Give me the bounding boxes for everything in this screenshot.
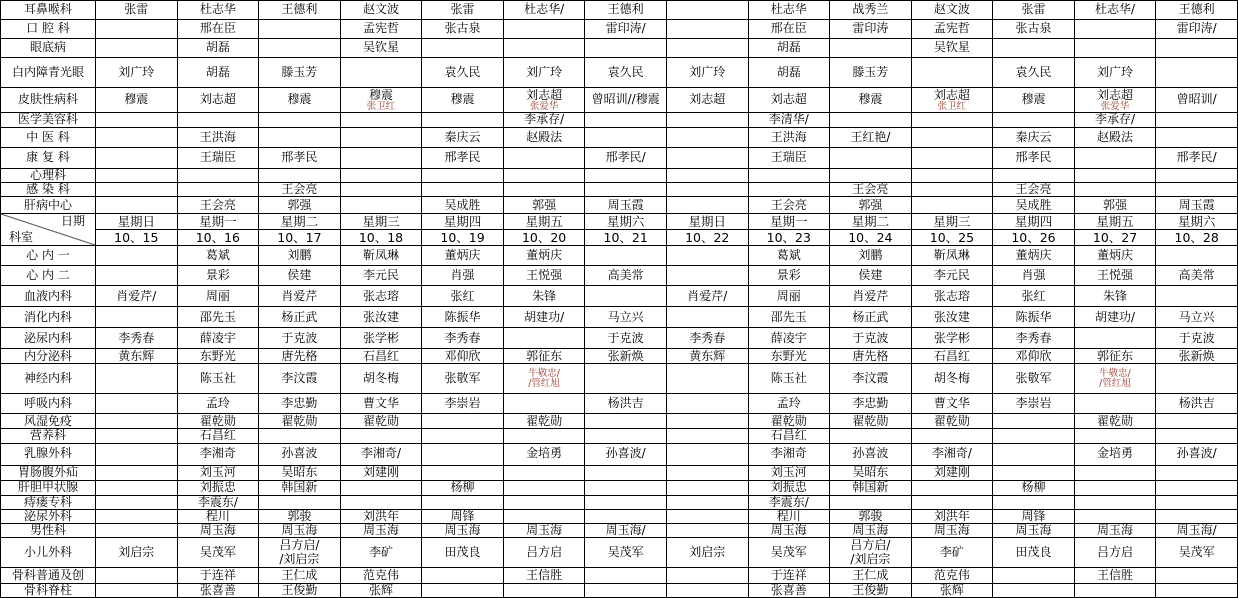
schedule-cell bbox=[340, 58, 422, 88]
schedule-cell: 郭强 bbox=[1074, 197, 1156, 214]
table-row: 耳鼻喉科张雷杜志华王德利赵文波张雷杜志华/王德利杜志华战秀兰赵文波张雷杜志华/王… bbox=[1, 1, 1238, 20]
schedule-cell: 于克波 bbox=[1156, 328, 1238, 349]
schedule-cell: 张辉 bbox=[340, 584, 422, 598]
schedule-cell bbox=[1074, 429, 1156, 443]
schedule-cell bbox=[177, 183, 259, 197]
schedule-cell: 李秀春 bbox=[96, 328, 178, 349]
schedule-cell: 孙喜波/ bbox=[1156, 443, 1238, 465]
table-row: 营养科石昌红石昌红 bbox=[1, 429, 1238, 443]
schedule-cell: 胡磊 bbox=[177, 39, 259, 58]
schedule-cell bbox=[911, 58, 993, 88]
schedule-cell: 张辉 bbox=[911, 584, 993, 598]
schedule-cell: 周丽 bbox=[177, 286, 259, 307]
schedule-cell: 石昌红 bbox=[911, 349, 993, 364]
schedule-cell: 程川 bbox=[748, 509, 830, 523]
schedule-cell bbox=[503, 509, 585, 523]
schedule-cell: 孙喜波 bbox=[830, 443, 912, 465]
table-row: 骨科普通及创于连祥王仁成范克伟王信胜于连祥王仁成范克伟王信胜 bbox=[1, 568, 1238, 584]
schedule-cell bbox=[96, 128, 178, 148]
schedule-cell bbox=[911, 480, 993, 495]
schedule-cell bbox=[1074, 328, 1156, 349]
schedule-cell bbox=[96, 443, 178, 465]
schedule-cell: 翟乾勋 bbox=[503, 414, 585, 429]
schedule-cell bbox=[503, 394, 585, 414]
schedule-cell: 王会亮 bbox=[259, 183, 341, 197]
schedule-cell: 张古泉 bbox=[993, 20, 1075, 39]
schedule-cell bbox=[585, 246, 667, 266]
schedule-cell: 李承存/ bbox=[503, 113, 585, 128]
schedule-cell bbox=[1156, 246, 1238, 266]
table-row: 肝病中心王会亮郭强吴成胜郭强周玉霞王会亮郭强吴成胜郭强周玉霞 bbox=[1, 197, 1238, 214]
schedule-cell bbox=[666, 183, 748, 197]
schedule-cell bbox=[1074, 495, 1156, 509]
schedule-cell: 战秀兰 bbox=[830, 1, 912, 20]
schedule-cell bbox=[96, 584, 178, 598]
schedule-cell: 薛凌宇 bbox=[748, 328, 830, 349]
schedule-cell: 周锋 bbox=[422, 509, 504, 523]
schedule-cell: 薛凌宇 bbox=[177, 328, 259, 349]
schedule-cell: 周玉海 bbox=[748, 523, 830, 537]
schedule-cell bbox=[1156, 286, 1238, 307]
corner-cell: 日期科室 bbox=[1, 214, 96, 246]
schedule-cell: 邵先玉 bbox=[177, 307, 259, 328]
schedule-cell bbox=[259, 39, 341, 58]
schedule-cell: 杜志华/ bbox=[503, 1, 585, 20]
schedule-cell: 吕方启//刘启宗 bbox=[830, 538, 912, 568]
schedule-cell: 吴钦星 bbox=[340, 39, 422, 58]
dept-cell: 营养科 bbox=[1, 429, 96, 443]
table-row: 风湿免疫翟乾勋翟乾勋翟乾勋翟乾勋翟乾勋翟乾勋翟乾勋翟乾勋 bbox=[1, 414, 1238, 429]
schedule-cell bbox=[259, 169, 341, 183]
schedule-cell: 袁久民 bbox=[585, 58, 667, 88]
schedule-cell: 王俊勤 bbox=[830, 584, 912, 598]
schedule-cell: 周玉海 bbox=[830, 523, 912, 537]
cell-line: 张卫红 bbox=[912, 102, 993, 112]
cell-line: 吕方启/ bbox=[259, 539, 340, 552]
schedule-cell: 杨柳 bbox=[993, 480, 1075, 495]
schedule-cell: 吴钦星 bbox=[911, 39, 993, 58]
table-row: 胃肠腹外疝刘玉河吴昭东刘建刚刘玉河吴昭东刘建刚 bbox=[1, 465, 1238, 480]
dept-cell: 肝胆甲状腺 bbox=[1, 480, 96, 495]
dept-cell: 泌尿内科 bbox=[1, 328, 96, 349]
schedule-cell bbox=[422, 183, 504, 197]
schedule-cell: 景彩 bbox=[748, 266, 830, 286]
schedule-cell: 胡冬梅 bbox=[340, 364, 422, 394]
schedule-cell: 牛敬忠//管红旭 bbox=[1074, 364, 1156, 394]
schedule-cell: 马立兴 bbox=[585, 307, 667, 328]
schedule-cell: 肖爱芹 bbox=[830, 286, 912, 307]
schedule-cell: 石昌红 bbox=[748, 429, 830, 443]
dept-cell: 白内障青光眼 bbox=[1, 58, 96, 88]
schedule-cell: 刘广玲 bbox=[503, 58, 585, 88]
schedule-cell: 赵殿法 bbox=[503, 128, 585, 148]
schedule-cell bbox=[666, 128, 748, 148]
schedule-cell: 陈玉社 bbox=[748, 364, 830, 394]
weekday-header-cell: 星期三 bbox=[340, 214, 422, 230]
date-header-cell: 10、22 bbox=[666, 230, 748, 246]
table-row: 康 复 科王瑞臣邢孝民邢孝民邢孝民/王瑞臣邢孝民邢孝民/ bbox=[1, 148, 1238, 169]
table-row: 肝胆甲状腺刘振忠韩国新杨柳刘振忠韩国新杨柳 bbox=[1, 480, 1238, 495]
schedule-cell bbox=[585, 39, 667, 58]
schedule-cell bbox=[422, 495, 504, 509]
table-row: 男性科周玉海周玉海周玉海周玉海周玉海周玉海/周玉海周玉海周玉海周玉海周玉海周玉海… bbox=[1, 523, 1238, 537]
schedule-cell bbox=[666, 20, 748, 39]
schedule-cell: 侯建 bbox=[259, 266, 341, 286]
dept-cell: 眼底病 bbox=[1, 39, 96, 58]
schedule-cell bbox=[96, 394, 178, 414]
schedule-cell bbox=[666, 197, 748, 214]
dept-cell: 痔瘘专科 bbox=[1, 495, 96, 509]
weekday-header-cell: 星期日 bbox=[666, 214, 748, 230]
schedule-cell: 张红 bbox=[993, 286, 1075, 307]
table-row: 神经内科陈玉社李汶霞胡冬梅张敬军牛敬忠//管红旭陈玉社李汶霞胡冬梅张敬军牛敬忠/… bbox=[1, 364, 1238, 394]
schedule-table-body: 耳鼻喉科张雷杜志华王德利赵文波张雷杜志华/王德利杜志华战秀兰赵文波张雷杜志华/王… bbox=[1, 1, 1238, 598]
schedule-cell: 周玉海 bbox=[340, 523, 422, 537]
schedule-cell bbox=[585, 465, 667, 480]
dept-cell: 男性科 bbox=[1, 523, 96, 537]
schedule-cell bbox=[1074, 465, 1156, 480]
schedule-cell: 孟玲 bbox=[748, 394, 830, 414]
dept-cell: 康 复 科 bbox=[1, 148, 96, 169]
schedule-cell bbox=[96, 509, 178, 523]
schedule-cell: 胡磊 bbox=[748, 39, 830, 58]
date-header-cell: 10、27 bbox=[1074, 230, 1156, 246]
schedule-cell: 邓仰欣 bbox=[422, 349, 504, 364]
schedule-cell: 郭骏 bbox=[259, 509, 341, 523]
schedule-cell: 秦庆云 bbox=[422, 128, 504, 148]
schedule-cell bbox=[993, 443, 1075, 465]
schedule-cell: 穆震 bbox=[830, 88, 912, 113]
schedule-cell: 黄东辉 bbox=[96, 349, 178, 364]
schedule-cell: 陈振华 bbox=[422, 307, 504, 328]
schedule-cell: 张雷 bbox=[993, 1, 1075, 20]
schedule-cell: 周玉海 bbox=[259, 523, 341, 537]
schedule-cell: 葛斌 bbox=[177, 246, 259, 266]
schedule-cell: 王悦强 bbox=[503, 266, 585, 286]
weekday-header-cell: 星期六 bbox=[1156, 214, 1238, 230]
schedule-cell: 程川 bbox=[177, 509, 259, 523]
schedule-cell: 李矿 bbox=[911, 538, 993, 568]
schedule-cell: 石昌红 bbox=[340, 349, 422, 364]
schedule-cell: 孟宪哲 bbox=[911, 20, 993, 39]
schedule-cell bbox=[340, 197, 422, 214]
schedule-cell: 邢在臣 bbox=[748, 20, 830, 39]
schedule-cell: 肖强 bbox=[993, 266, 1075, 286]
schedule-cell bbox=[422, 429, 504, 443]
schedule-cell: 范克伟 bbox=[340, 568, 422, 584]
schedule-cell: 杨柳 bbox=[422, 480, 504, 495]
schedule-cell: 王信胜 bbox=[1074, 568, 1156, 584]
schedule-cell: 周玉海 bbox=[993, 523, 1075, 537]
schedule-cell bbox=[1156, 169, 1238, 183]
schedule-cell bbox=[96, 113, 178, 128]
schedule-cell bbox=[96, 183, 178, 197]
dept-cell: 胃肠腹外疝 bbox=[1, 465, 96, 480]
schedule-cell: 王洪海 bbox=[177, 128, 259, 148]
schedule-cell: 郭征东 bbox=[1074, 349, 1156, 364]
schedule-cell: 杨洪吉 bbox=[1156, 394, 1238, 414]
schedule-cell: 王会亮 bbox=[177, 197, 259, 214]
schedule-cell: 周玉海 bbox=[1074, 523, 1156, 537]
schedule-cell: 董炳庆 bbox=[422, 246, 504, 266]
schedule-cell: 刘志超 bbox=[666, 88, 748, 113]
schedule-cell bbox=[422, 443, 504, 465]
schedule-cell: 张新焕 bbox=[1156, 349, 1238, 364]
schedule-cell: 赵文波 bbox=[911, 1, 993, 20]
schedule-cell: 王德利 bbox=[1156, 1, 1238, 20]
schedule-cell bbox=[503, 183, 585, 197]
schedule-cell: 张雷 bbox=[96, 1, 178, 20]
schedule-cell: 刘广玲 bbox=[666, 58, 748, 88]
schedule-cell: 景彩 bbox=[177, 266, 259, 286]
schedule-cell: 雷印涛/ bbox=[1156, 20, 1238, 39]
schedule-cell bbox=[503, 480, 585, 495]
schedule-cell bbox=[748, 183, 830, 197]
schedule-cell: 葛斌 bbox=[748, 246, 830, 266]
schedule-cell: 李湘奇 bbox=[748, 443, 830, 465]
schedule-cell: 袁久民 bbox=[993, 58, 1075, 88]
schedule-cell bbox=[993, 414, 1075, 429]
schedule-cell: 胡磊 bbox=[748, 58, 830, 88]
schedule-cell bbox=[96, 495, 178, 509]
schedule-cell bbox=[911, 495, 993, 509]
schedule-cell bbox=[96, 429, 178, 443]
schedule-cell: 于克波 bbox=[259, 328, 341, 349]
schedule-cell: 朱锋 bbox=[503, 286, 585, 307]
schedule-cell: 张新焕 bbox=[585, 349, 667, 364]
schedule-cell: 郭强 bbox=[830, 197, 912, 214]
cell-line: 刘志超 bbox=[912, 89, 993, 102]
schedule-cell bbox=[993, 169, 1075, 183]
schedule-cell: 曾昭训//穆震 bbox=[585, 88, 667, 113]
schedule-cell: 吴昭东 bbox=[830, 465, 912, 480]
schedule-cell: 肖爱芹/ bbox=[666, 286, 748, 307]
schedule-cell: 张喜善 bbox=[748, 584, 830, 598]
date-header-cell: 10、26 bbox=[993, 230, 1075, 246]
schedule-cell: 周玉海 bbox=[422, 523, 504, 537]
schedule-cell bbox=[96, 266, 178, 286]
schedule-cell bbox=[830, 169, 912, 183]
date-header-cell: 10、15 bbox=[96, 230, 178, 246]
schedule-cell: 穆震 bbox=[96, 88, 178, 113]
schedule-cell: 李元民 bbox=[911, 266, 993, 286]
schedule-cell: 石昌红 bbox=[177, 429, 259, 443]
table-row: 眼底病胡磊吴钦星胡磊吴钦星 bbox=[1, 39, 1238, 58]
schedule-cell bbox=[666, 39, 748, 58]
schedule-cell: 穆震张卫红 bbox=[340, 88, 422, 113]
schedule-cell: 王洪海 bbox=[748, 128, 830, 148]
schedule-cell bbox=[911, 183, 993, 197]
table-row: 呼吸内科孟玲李忠勤曹文华李崇岩杨洪吉孟玲李忠勤曹文华李崇岩杨洪吉 bbox=[1, 394, 1238, 414]
schedule-cell bbox=[340, 429, 422, 443]
schedule-cell: 刘鹏 bbox=[830, 246, 912, 266]
table-row: 皮肤性病科穆震刘志超穆震穆震张卫红穆震刘志超张爱华曾昭训//穆震刘志超刘志超穆震… bbox=[1, 88, 1238, 113]
header-week-row: 日期科室星期日星期一星期二星期三星期四星期五星期六星期日星期一星期二星期三星期四… bbox=[1, 214, 1238, 230]
schedule-cell: 周玉海/ bbox=[1156, 523, 1238, 537]
schedule-cell: 东野光 bbox=[177, 349, 259, 364]
schedule-cell bbox=[1074, 20, 1156, 39]
schedule-cell bbox=[1156, 58, 1238, 88]
schedule-cell: 张古泉 bbox=[422, 20, 504, 39]
schedule-cell: 张志瑢 bbox=[340, 286, 422, 307]
schedule-cell: 李震东/ bbox=[177, 495, 259, 509]
schedule-cell bbox=[96, 523, 178, 537]
schedule-cell bbox=[585, 495, 667, 509]
weekday-header-cell: 星期二 bbox=[259, 214, 341, 230]
schedule-cell: 李汶霞 bbox=[259, 364, 341, 394]
schedule-cell: 刘启宗 bbox=[96, 538, 178, 568]
table-row: 医学美容科李承存/李清华/李承存/ bbox=[1, 113, 1238, 128]
schedule-cell bbox=[259, 128, 341, 148]
schedule-cell bbox=[503, 20, 585, 39]
schedule-cell: 张学彬 bbox=[340, 328, 422, 349]
schedule-cell: 董炳庆 bbox=[1074, 246, 1156, 266]
dept-cell: 口 腔 科 bbox=[1, 20, 96, 39]
schedule-cell: 周玉霞 bbox=[585, 197, 667, 214]
schedule-cell bbox=[96, 148, 178, 169]
schedule-cell bbox=[1156, 128, 1238, 148]
schedule-cell: 金培勇 bbox=[503, 443, 585, 465]
schedule-cell: 王悦强 bbox=[1074, 266, 1156, 286]
weekday-header-cell: 星期五 bbox=[1074, 214, 1156, 230]
schedule-cell: 李秀春 bbox=[993, 328, 1075, 349]
schedule-cell bbox=[666, 266, 748, 286]
schedule-cell: 赵殿法 bbox=[1074, 128, 1156, 148]
weekday-header-cell: 星期一 bbox=[177, 214, 259, 230]
schedule-cell bbox=[96, 39, 178, 58]
dept-cell: 皮肤性病科 bbox=[1, 88, 96, 113]
table-row: 乳腺外科李湘奇孙喜波李湘奇/金培勇孙喜波/李湘奇孙喜波李湘奇/金培勇孙喜波/ bbox=[1, 443, 1238, 465]
schedule-cell: 张红 bbox=[422, 286, 504, 307]
table-row: 心 内 二景彩侯建李元民肖强王悦强高美常景彩侯建李元民肖强王悦强高美常 bbox=[1, 266, 1238, 286]
cell-line: 刘志超 bbox=[504, 89, 585, 102]
schedule-cell: 曹文华 bbox=[911, 394, 993, 414]
schedule-cell bbox=[1074, 39, 1156, 58]
date-header-cell: 10、17 bbox=[259, 230, 341, 246]
schedule-cell bbox=[1074, 169, 1156, 183]
schedule-cell: 孙喜波 bbox=[259, 443, 341, 465]
schedule-cell: 孟宪哲 bbox=[340, 20, 422, 39]
schedule-cell bbox=[340, 480, 422, 495]
schedule-cell: 韩国新 bbox=[259, 480, 341, 495]
table-row: 中 医 科王洪海秦庆云赵殿法王洪海王红艳/秦庆云赵殿法 bbox=[1, 128, 1238, 148]
schedule-cell: 周玉海 bbox=[177, 523, 259, 537]
schedule-cell: 董炳庆 bbox=[503, 246, 585, 266]
date-header-cell: 10、20 bbox=[503, 230, 585, 246]
schedule-cell: 刘玉河 bbox=[748, 465, 830, 480]
schedule-cell: 邢孝民/ bbox=[1156, 148, 1238, 169]
schedule-cell bbox=[585, 286, 667, 307]
schedule-cell: 郭强 bbox=[503, 197, 585, 214]
schedule-cell: 张敬军 bbox=[422, 364, 504, 394]
schedule-cell bbox=[96, 169, 178, 183]
table-row: 痔瘘专科李震东/李震东/ bbox=[1, 495, 1238, 509]
dept-cell: 内分泌科 bbox=[1, 349, 96, 364]
schedule-cell bbox=[666, 246, 748, 266]
dept-cell: 乳腺外科 bbox=[1, 443, 96, 465]
schedule-cell: 翟乾勋 bbox=[830, 414, 912, 429]
cell-line: 张卫红 bbox=[341, 102, 422, 112]
schedule-cell bbox=[666, 429, 748, 443]
schedule-cell: 李秀春 bbox=[666, 328, 748, 349]
schedule-cell: 李震东/ bbox=[748, 495, 830, 509]
date-header-cell: 10、25 bbox=[911, 230, 993, 246]
schedule-cell: 于连祥 bbox=[748, 568, 830, 584]
schedule-cell bbox=[993, 465, 1075, 480]
schedule-cell: 孟玲 bbox=[177, 394, 259, 414]
schedule-cell bbox=[666, 169, 748, 183]
dept-cell: 耳鼻喉科 bbox=[1, 1, 96, 20]
schedule-cell bbox=[666, 113, 748, 128]
schedule-cell: 吴茂军 bbox=[1156, 538, 1238, 568]
schedule-cell bbox=[1156, 414, 1238, 429]
schedule-cell bbox=[1074, 509, 1156, 523]
schedule-cell bbox=[993, 429, 1075, 443]
schedule-cell: 郭征东 bbox=[503, 349, 585, 364]
schedule-cell bbox=[585, 509, 667, 523]
schedule-cell: 刘广玲 bbox=[1074, 58, 1156, 88]
schedule-cell: 周丽 bbox=[748, 286, 830, 307]
schedule-cell: 邢孝民 bbox=[422, 148, 504, 169]
schedule-cell: 胡建功/ bbox=[1074, 307, 1156, 328]
table-row: 骨科脊柱张喜善王俊勤张辉张喜善王俊勤张辉 bbox=[1, 584, 1238, 598]
schedule-cell: 李矿 bbox=[340, 538, 422, 568]
schedule-cell: 雷印涛 bbox=[830, 20, 912, 39]
schedule-cell: 刘洪年 bbox=[911, 509, 993, 523]
schedule-cell: 邢孝民 bbox=[993, 148, 1075, 169]
schedule-cell bbox=[666, 480, 748, 495]
schedule-cell bbox=[993, 113, 1075, 128]
schedule-cell: 吴茂军 bbox=[585, 538, 667, 568]
corner-label-dept: 科室 bbox=[9, 231, 33, 244]
schedule-cell bbox=[177, 169, 259, 183]
schedule-cell: 邢在臣 bbox=[177, 20, 259, 39]
schedule-cell bbox=[911, 113, 993, 128]
schedule-cell bbox=[993, 495, 1075, 509]
schedule-cell bbox=[96, 20, 178, 39]
schedule-cell: 董炳庆 bbox=[993, 246, 1075, 266]
schedule-cell bbox=[259, 429, 341, 443]
schedule-cell: 翟乾勋 bbox=[1074, 414, 1156, 429]
schedule-cell: 周玉海/ bbox=[585, 523, 667, 537]
schedule-cell bbox=[1156, 113, 1238, 128]
schedule-cell: 田茂良 bbox=[993, 538, 1075, 568]
schedule-cell: 穆震 bbox=[993, 88, 1075, 113]
schedule-cell bbox=[96, 246, 178, 266]
schedule-cell bbox=[911, 169, 993, 183]
date-header-cell: 10、28 bbox=[1156, 230, 1238, 246]
schedule-cell bbox=[340, 169, 422, 183]
schedule-cell bbox=[96, 364, 178, 394]
schedule-cell bbox=[585, 414, 667, 429]
schedule-cell bbox=[1074, 584, 1156, 598]
schedule-cell: 翟乾勋 bbox=[259, 414, 341, 429]
schedule-cell: 吴茂军 bbox=[177, 538, 259, 568]
schedule-cell: 王德利 bbox=[259, 1, 341, 20]
dept-cell: 肝病中心 bbox=[1, 197, 96, 214]
schedule-cell: 翟乾勋 bbox=[748, 414, 830, 429]
table-row: 消化内科邵先玉杨正武张汝建陈振华胡建功/马立兴邵先玉杨正武张汝建陈振华胡建功/马… bbox=[1, 307, 1238, 328]
schedule-cell bbox=[911, 148, 993, 169]
schedule-cell: 吴茂军 bbox=[748, 538, 830, 568]
schedule-cell bbox=[911, 197, 993, 214]
schedule-cell: 李清华/ bbox=[748, 113, 830, 128]
schedule-cell bbox=[1156, 480, 1238, 495]
table-row: 心 内 一葛斌刘鹏靳凤琳董炳庆董炳庆葛斌刘鹏靳凤琳董炳庆董炳庆 bbox=[1, 246, 1238, 266]
schedule-cell bbox=[1156, 183, 1238, 197]
schedule-cell: 高美常 bbox=[1156, 266, 1238, 286]
schedule-cell bbox=[259, 113, 341, 128]
